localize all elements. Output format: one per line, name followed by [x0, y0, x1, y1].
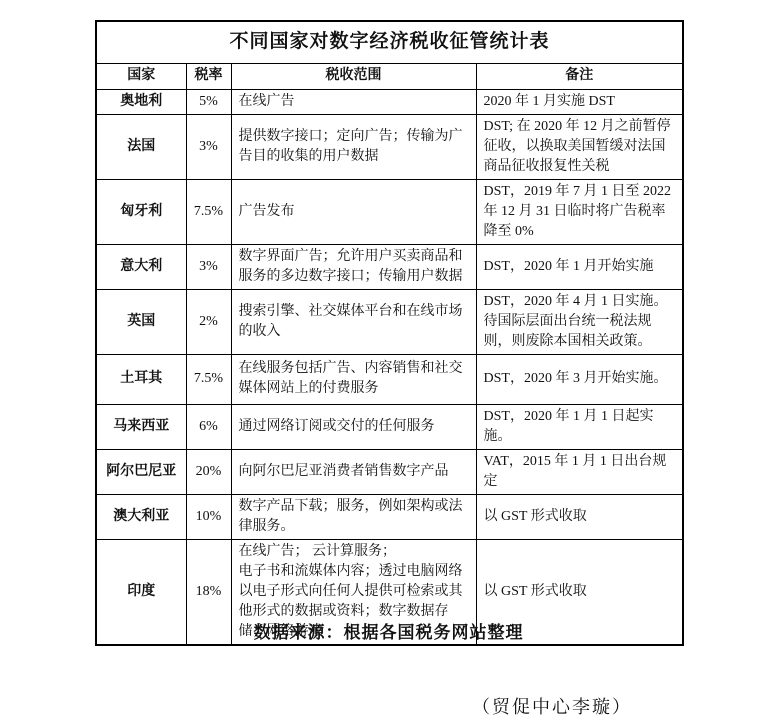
scope-cell: 向阿尔巴尼亚消费者销售数字产品 [231, 449, 476, 494]
rate-cell: 3% [186, 244, 231, 289]
country-cell: 意大利 [96, 244, 186, 289]
rate-cell: 5% [186, 89, 231, 114]
scope-cell: 数字界面广告；允许用户买卖商品和服务的多边数字接口；传输用户数据 [231, 244, 476, 289]
table-row: 土耳其 7.5% 在线服务包括广告、内容销售和社交媒体网站上的付费服务 DST，… [96, 354, 683, 404]
table-row: 法国 3% 提供数字接口；定向广告；传输为广告目的收集的用户数据 DST; 在 … [96, 114, 683, 179]
column-header-country: 国家 [96, 63, 186, 89]
rate-cell: 7.5% [186, 354, 231, 404]
remark-cell: 以 GST 形式收取 [476, 494, 683, 539]
column-header-remark: 备注 [476, 63, 683, 89]
remark-cell: DST; 在 2020 年 12 月之前暂停征收，以换取美国暂缓对法国商品征收报… [476, 114, 683, 179]
table-row: 马来西亚 6% 通过网络订阅或交付的任何服务 DST，2020 年 1 月 1 … [96, 404, 683, 449]
country-cell: 阿尔巴尼亚 [96, 449, 186, 494]
table-row: 澳大利亚 10% 数字产品下载；服务，例如架构或法律服务。 以 GST 形式收取 [96, 494, 683, 539]
remark-cell: 2020 年 1 月实施 DST [476, 89, 683, 114]
remark-cell: DST，2019 年 7 月 1 日至 2022 年 12 月 31 日临时将广… [476, 179, 683, 244]
remark-cell: DST，2020 年 1 月 1 日起实施。 [476, 404, 683, 449]
rate-cell: 20% [186, 449, 231, 494]
table-row: 奥地利 5% 在线广告 2020 年 1 月实施 DST [96, 89, 683, 114]
table-row: 意大利 3% 数字界面广告；允许用户买卖商品和服务的多边数字接口；传输用户数据 … [96, 244, 683, 289]
table-header-row: 国家 税率 税收范围 备注 [96, 63, 683, 89]
scope-cell: 搜索引擎、社交媒体平台和在线市场的收入 [231, 289, 476, 354]
rate-cell: 7.5% [186, 179, 231, 244]
column-header-rate: 税率 [186, 63, 231, 89]
rate-cell: 2% [186, 289, 231, 354]
document-page: 不同国家对数字经济税收征管统计表 国家 税率 税收范围 备注 奥地利 5% 在线… [0, 0, 782, 728]
scope-cell: 通过网络订阅或交付的任何服务 [231, 404, 476, 449]
country-cell: 法国 [96, 114, 186, 179]
scope-cell: 提供数字接口；定向广告；传输为广告目的收集的用户数据 [231, 114, 476, 179]
scope-cell: 在线广告 [231, 89, 476, 114]
remark-cell: DST，2020 年 1 月开始实施 [476, 244, 683, 289]
table-row: 英国 2% 搜索引擎、社交媒体平台和在线市场的收入 DST，2020 年 4 月… [96, 289, 683, 354]
country-cell: 土耳其 [96, 354, 186, 404]
author-signature: （贸促中心李璇） [0, 693, 632, 719]
remark-cell: DST，2020 年 3 月开始实施。 [476, 354, 683, 404]
scope-cell: 数字产品下载；服务，例如架构或法律服务。 [231, 494, 476, 539]
country-cell: 马来西亚 [96, 404, 186, 449]
remark-cell: DST，2020 年 4 月 1 日实施。待国际层面出台统一税法规则，则废除本国… [476, 289, 683, 354]
scope-cell: 在线服务包括广告、内容销售和社交媒体网站上的付费服务 [231, 354, 476, 404]
tax-statistics-table: 不同国家对数字经济税收征管统计表 国家 税率 税收范围 备注 奥地利 5% 在线… [95, 20, 684, 646]
country-cell: 奥地利 [96, 89, 186, 114]
table-row: 匈牙利 7.5% 广告发布 DST，2019 年 7 月 1 日至 2022 年… [96, 179, 683, 244]
data-source-note: 数据来源：根据各国税务网站整理 [95, 618, 682, 643]
rate-cell: 10% [186, 494, 231, 539]
scope-cell: 广告发布 [231, 179, 476, 244]
remark-cell: VAT，2015 年 1 月 1 日出台规定 [476, 449, 683, 494]
rate-cell: 6% [186, 404, 231, 449]
rate-cell: 3% [186, 114, 231, 179]
table-title-row: 不同国家对数字经济税收征管统计表 [96, 21, 683, 63]
table-title: 不同国家对数字经济税收征管统计表 [96, 21, 683, 63]
country-cell: 匈牙利 [96, 179, 186, 244]
country-cell: 英国 [96, 289, 186, 354]
column-header-scope: 税收范围 [231, 63, 476, 89]
country-cell: 澳大利亚 [96, 494, 186, 539]
table-row: 阿尔巴尼亚 20% 向阿尔巴尼亚消费者销售数字产品 VAT，2015 年 1 月… [96, 449, 683, 494]
